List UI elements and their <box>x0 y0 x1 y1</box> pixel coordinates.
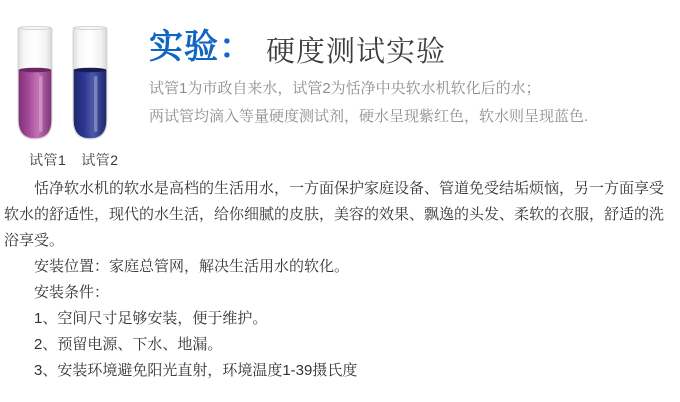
tube1-label: 试管1 <box>29 150 66 170</box>
tube2-label: 试管2 <box>81 150 118 170</box>
install-condition-1: 1、空间尺寸足够安装，便于维护。 <box>4 306 674 332</box>
intro-paragraph: 恬净软水机的软水是高档的生活用水，一方面保护家庭设备、管道免受结垢烦恼，另一方面… <box>4 176 674 254</box>
experiment-description: 试管1为市政自来水，试管2为恬净中央软水机软化后的水； 两试管均滴入等量硬度测试… <box>149 75 588 131</box>
install-location-line: 安装位置：家庭总管网，解决生活用水的软化。 <box>4 254 674 280</box>
experiment-title-prefix: 实验： <box>149 29 254 66</box>
tube-labels: 试管1 试管2 <box>16 150 134 170</box>
experiment-desc-line1: 试管1为市政自来水，试管2为恬净中央软水机软化后的水； <box>149 75 588 103</box>
experiment-title-row: 实验： 硬度测试实验 <box>149 29 588 66</box>
test-tubes-image <box>16 24 126 142</box>
experiment-desc-line2: 两试管均滴入等量硬度测试剂，硬水呈现紫红色，软水则呈现蓝色. <box>149 103 588 131</box>
install-condition-2: 2、预留电源、下水、地漏。 <box>4 332 674 358</box>
product-description: 恬净软水机的软水是高档的生活用水，一方面保护家庭设备、管道免受结垢烦恼，另一方面… <box>4 176 674 384</box>
test-tube-1 <box>18 26 52 139</box>
experiment-title: 硬度测试实验 <box>266 38 446 67</box>
install-conditions-title: 安装条件： <box>4 280 674 306</box>
page: 试管1 试管2 实验： 硬度测试实验 试管1为市政自来水，试管2为恬净中央软水机… <box>0 0 680 402</box>
test-tubes-figure: 试管1 试管2 <box>16 24 134 170</box>
test-tube-2 <box>73 26 107 139</box>
experiment-header: 实验： 硬度测试实验 试管1为市政自来水，试管2为恬净中央软水机软化后的水； 两… <box>149 29 588 131</box>
install-condition-3: 3、安装环境避免阳光直射，环境温度1-39摄氏度 <box>4 358 674 384</box>
